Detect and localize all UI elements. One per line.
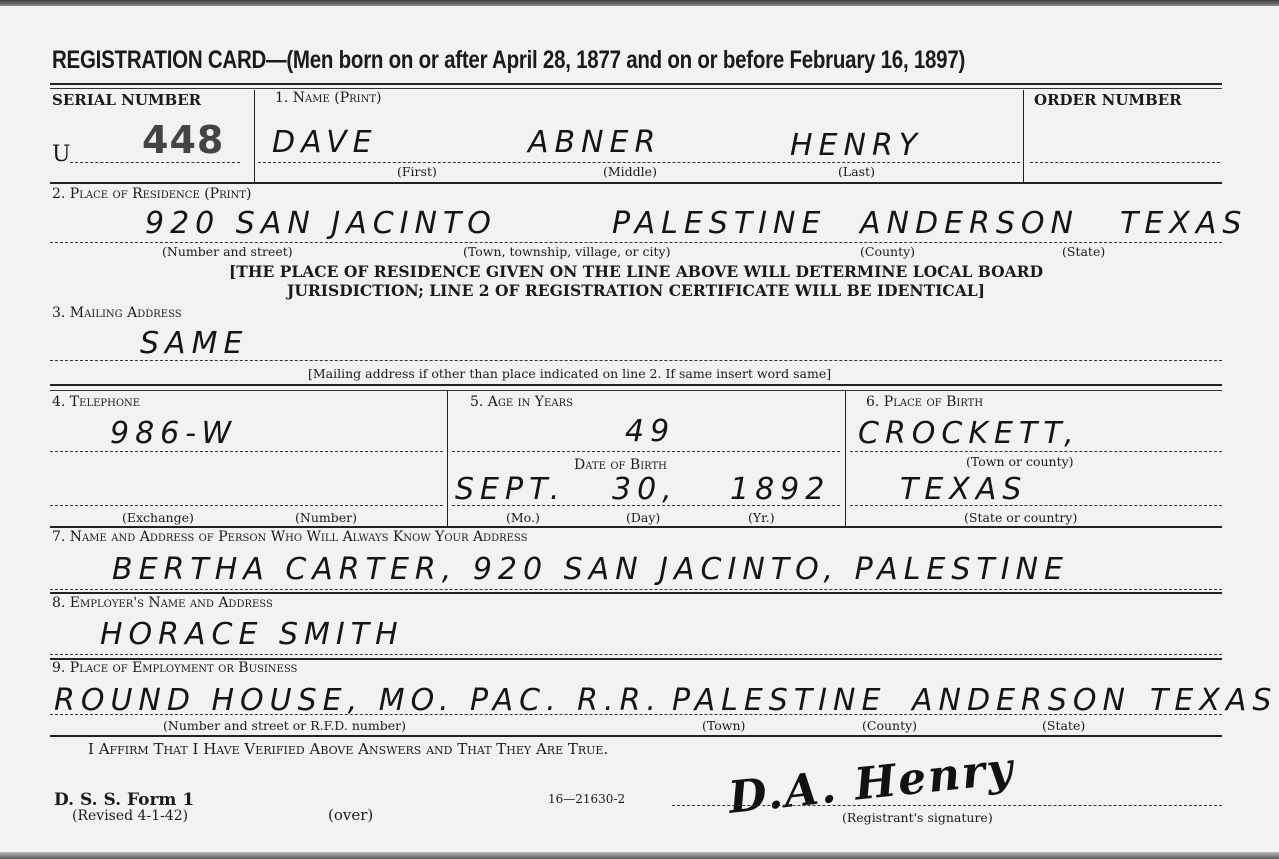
residence-state[interactable]: TEXAS — [1120, 206, 1247, 241]
town-caption: (Town, township, village, or city) — [463, 244, 670, 259]
county-caption: (County) — [860, 244, 915, 259]
jurisdiction-notice: [THE PLACE OF RESIDENCE GIVEN ON THE LIN… — [50, 262, 1222, 300]
divider — [447, 391, 448, 526]
order-number-label: ORDER NUMBER — [1034, 91, 1182, 109]
form-name: D. S. S. Form 1 — [54, 790, 194, 810]
employment-town[interactable]: PALESTINE — [672, 683, 886, 718]
dob-year[interactable]: 1892 — [730, 472, 830, 507]
mailing-label: 3. Mailing Address — [52, 305, 182, 321]
divider — [1023, 90, 1024, 182]
notice-line-2: JURISDICTION; LINE 2 OF REGISTRATION CER… — [50, 281, 1222, 300]
birthplace-state-caption: (State or country) — [964, 510, 1077, 525]
employment-state-caption: (State) — [1042, 718, 1085, 733]
divider — [50, 384, 1222, 386]
divider — [50, 83, 1222, 85]
divider — [254, 90, 255, 182]
card-title: REGISTRATION CARD—(Men born on or after … — [52, 46, 965, 75]
notice-line-1: [THE PLACE OF RESIDENCE GIVEN ON THE LIN… — [50, 262, 1222, 281]
employment-county-caption: (County) — [862, 718, 917, 733]
divider — [50, 735, 1222, 737]
state-caption: (State) — [1062, 244, 1105, 259]
telephone-line-2 — [50, 505, 443, 506]
exchange-caption: (Exchange) — [122, 510, 194, 525]
residence-label: 2. Place of Residence (Print) — [52, 186, 251, 202]
serial-number-label: SERIAL NUMBER — [52, 91, 201, 109]
employer-value[interactable]: HORACE SMITH — [100, 617, 404, 652]
employer-label: 8. Employer's Name and Address — [52, 595, 273, 611]
birthplace-label: 6. Place of Birth — [866, 394, 983, 410]
residence-county[interactable]: ANDERSON — [860, 206, 1079, 241]
day-caption: (Day) — [626, 510, 660, 525]
street-caption: (Number and street) — [162, 244, 293, 259]
divider — [50, 182, 1222, 184]
birthplace-state[interactable]: TEXAS — [900, 472, 1027, 507]
employment-line — [50, 714, 1222, 715]
mailing-caption: [Mailing address if other than place ind… — [308, 366, 831, 381]
card-top-edge — [0, 0, 1279, 6]
last-caption: (Last) — [838, 164, 875, 179]
serial-number-value[interactable]: 448 — [142, 118, 224, 162]
order-number-line[interactable] — [1030, 162, 1220, 163]
signature-caption: (Registrant's signature) — [842, 810, 993, 825]
serial-prefix: U — [52, 142, 71, 167]
divider — [845, 391, 846, 526]
divider — [50, 88, 1222, 89]
employer-line — [50, 654, 1222, 655]
divider — [50, 592, 1222, 594]
print-code: 16—21630-2 — [548, 792, 625, 806]
employment-county[interactable]: ANDERSON — [912, 683, 1131, 718]
name-last[interactable]: HENRY — [790, 128, 923, 163]
dob-line — [452, 505, 840, 506]
birthplace-town-caption: (Town or county) — [966, 454, 1074, 469]
birthplace-town[interactable]: CROCKETT, — [858, 416, 1080, 451]
contact-line — [50, 589, 1222, 590]
card-bottom-edge — [0, 852, 1279, 859]
employment-label: 9. Place of Employment or Business — [52, 660, 297, 676]
name-label: 1. Name (Print) — [275, 90, 382, 106]
contact-value[interactable]: BERTHA CARTER, 920 SAN JACINTO, PALESTIN… — [112, 552, 1069, 587]
residence-town[interactable]: PALESTINE — [612, 206, 826, 241]
birthplace-state-line — [850, 505, 1222, 506]
name-first[interactable]: DAVE — [272, 125, 378, 160]
divider — [50, 390, 1222, 391]
birthplace-town-line — [850, 451, 1222, 452]
over-note: (over) — [328, 806, 373, 824]
age-label: 5. Age in Years — [470, 394, 573, 410]
form-revised: (Revised 4-1-42) — [72, 808, 188, 824]
telephone-value[interactable]: 986-W — [110, 416, 237, 451]
number-caption: (Number) — [295, 510, 357, 525]
affirmation-text: I Affirm That I Have Verified Above Answ… — [88, 740, 608, 758]
dob-month[interactable]: SEPT. — [455, 472, 565, 507]
employment-street[interactable]: ROUND HOUSE, MO. PAC. R.R. — [54, 683, 662, 718]
mailing-value[interactable]: SAME — [140, 326, 248, 361]
age-line — [452, 451, 840, 452]
employment-town-caption: (Town) — [702, 718, 745, 733]
residence-street[interactable]: 920 SAN JACINTO — [145, 206, 497, 241]
name-middle[interactable]: ABNER — [528, 125, 661, 160]
age-value[interactable]: 49 — [625, 414, 675, 449]
contact-label: 7. Name and Address of Person Who Will A… — [52, 529, 527, 545]
employment-street-caption: (Number and street or R.F.D. number) — [163, 718, 406, 733]
month-caption: (Mo.) — [506, 510, 540, 525]
first-caption: (First) — [397, 164, 437, 179]
dob-day[interactable]: 30, — [612, 472, 678, 507]
signature-line — [672, 805, 1222, 806]
telephone-line — [50, 451, 443, 452]
serial-line — [70, 162, 240, 163]
residence-line — [50, 242, 1222, 243]
telephone-label: 4. Telephone — [52, 394, 140, 410]
year-caption: (Yr.) — [748, 510, 775, 525]
dob-label: Date of Birth — [574, 457, 667, 473]
divider — [50, 526, 1222, 528]
middle-caption: (Middle) — [603, 164, 657, 179]
employment-state[interactable]: TEXAS — [1150, 683, 1277, 718]
